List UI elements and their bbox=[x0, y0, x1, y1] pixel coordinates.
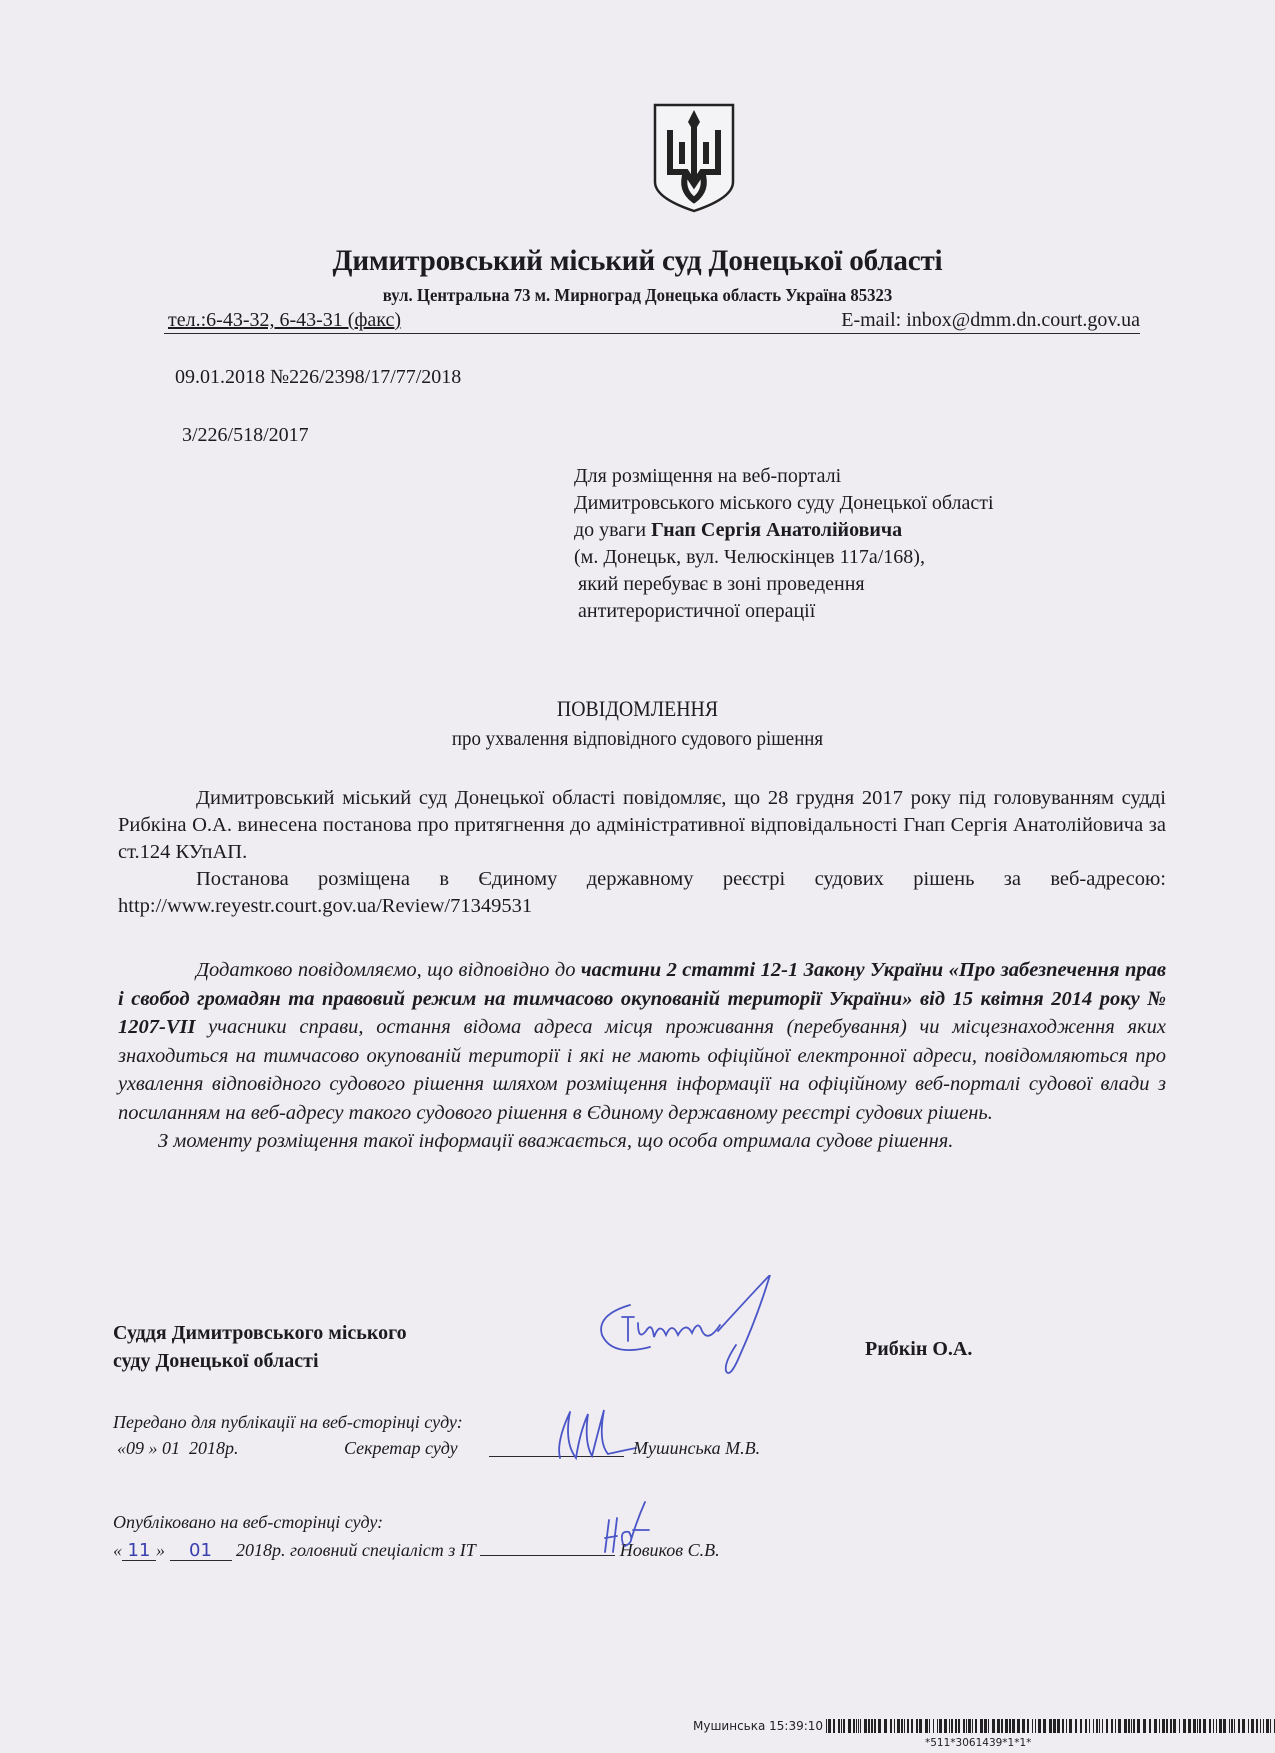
notice-body: Димитровський міський суд Донецької обла… bbox=[118, 785, 1166, 920]
notice-title: ПОВІДОМЛЕННЯ bbox=[64, 696, 1212, 722]
addressee-line: який перебуває в зоні проведення bbox=[574, 571, 994, 598]
addressee-line: антитерористичної операції bbox=[574, 598, 994, 625]
secretary-signature-icon bbox=[540, 1402, 640, 1464]
addressee-line: Для розміщення на веб-порталі bbox=[574, 463, 994, 490]
secretary-role: Секретар суду bbox=[344, 1438, 458, 1459]
case-number: 3/226/518/2017 bbox=[182, 424, 309, 447]
scan-stamp: Мушинська 15:39:10 bbox=[693, 1717, 1275, 1735]
quote-close: » bbox=[156, 1540, 165, 1560]
court-address: вул. Центральна 73 м. Мирноград Донецька… bbox=[45, 285, 1231, 306]
court-name: Димитровський міський суд Донецької обла… bbox=[19, 244, 1256, 278]
published-year-role: 2018р. головний спеціаліст з ІТ bbox=[236, 1540, 476, 1560]
quote-open: « bbox=[113, 1540, 122, 1560]
paragraph-legal-basis: Додатково повідомляємо, що відповідно до… bbox=[118, 956, 1166, 1127]
transfer-label: Передано для публікації на веб-сторінці … bbox=[113, 1412, 463, 1433]
stamp-text: Мушинська 15:39:10 bbox=[693, 1719, 823, 1733]
it-signature-icon bbox=[595, 1500, 655, 1560]
paragraph-registry-link: Постанова розміщена в Єдиному державному… bbox=[118, 866, 1166, 920]
notice-legal-basis: Додатково повідомляємо, що відповідно до… bbox=[118, 956, 1166, 1156]
addressee-line: до уваги Гнап Сергія Анатолійовича bbox=[574, 517, 994, 544]
judge-name: Рибкін О.А. bbox=[865, 1338, 972, 1361]
judge-signature-icon bbox=[590, 1275, 860, 1385]
transfer-date: «09 » 01 2018р. bbox=[117, 1438, 239, 1459]
legal-rest: учасники справи, остання відома адреса м… bbox=[118, 1016, 1166, 1124]
published-day: 11 bbox=[122, 1542, 156, 1561]
judge-position: Суддя Димитровського міського суду Донец… bbox=[113, 1319, 407, 1375]
notice-subtitle: про ухвалення відповідного судового ріше… bbox=[64, 726, 1212, 751]
published-month: 01 bbox=[170, 1542, 232, 1561]
addressee-prefix: до уваги bbox=[574, 519, 651, 541]
addressee-block: Для розміщення на веб-порталі Димитровсь… bbox=[574, 463, 994, 625]
addressee-name: Гнап Сергія Анатолійовича bbox=[651, 519, 902, 541]
secretary-name: Мушинська М.В. bbox=[633, 1438, 760, 1459]
position-line: Суддя Димитровського міського bbox=[113, 1319, 407, 1347]
email-address[interactable]: E-mail: inbox@dmm.dn.court.gov.ua bbox=[841, 309, 1140, 332]
barcode-icon bbox=[826, 1719, 1275, 1733]
published-label: Опубліковано на веб-сторінці суду: bbox=[113, 1512, 383, 1533]
phone-number: тел.:6-43-32, 6-43-31 (факс) bbox=[168, 309, 401, 332]
position-line: суду Донецької області bbox=[113, 1347, 407, 1375]
outgoing-reference: 09.01.2018 №226/2398/17/77/2018 bbox=[175, 366, 461, 389]
addressee-line: (м. Донецьк, вул. Челюскінцев 117а/168), bbox=[574, 544, 994, 571]
contact-line: тел.:6-43-32, 6-43-31 (факс) E-mail: inb… bbox=[164, 309, 1140, 334]
addressee-line: Димитровського міського суду Донецької о… bbox=[574, 490, 994, 517]
legal-intro: Додатково повідомляємо, що відповідно до bbox=[196, 959, 581, 981]
paragraph-decision: Димитровський міський суд Донецької обла… bbox=[118, 785, 1166, 866]
barcode-code: *511*3061439*1*1* bbox=[925, 1737, 1031, 1749]
paragraph-receipt: З моменту розміщення такої інформації вв… bbox=[118, 1127, 1166, 1156]
coat-of-arms-icon bbox=[652, 102, 736, 214]
